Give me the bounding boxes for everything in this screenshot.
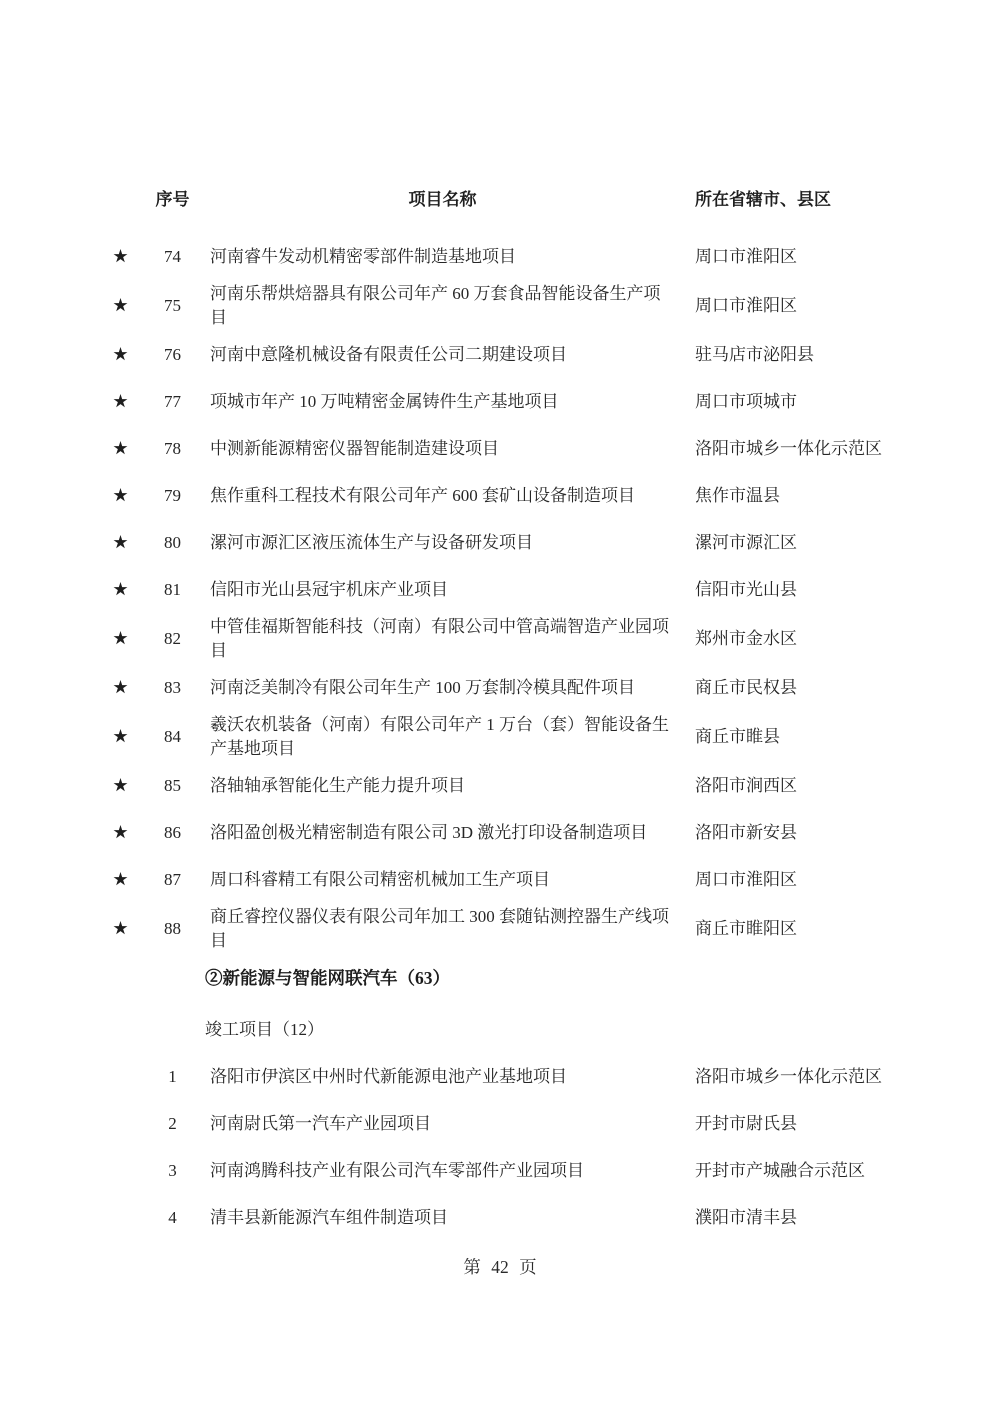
- row-index: 83: [150, 676, 195, 700]
- row-location: 洛阳市城乡一体化示范区: [695, 1065, 910, 1089]
- section-heading: ②新能源与智能网联汽车（63）: [205, 966, 910, 990]
- table-row: ★76河南中意隆机械设备有限责任公司二期建设项目驻马店市泌阳县: [110, 343, 910, 367]
- star-icon: ★: [110, 868, 150, 892]
- table-row: ★74河南睿牛发动机精密零部件制造基地项目周口市淮阳区: [110, 245, 910, 269]
- star-icon: ★: [110, 774, 150, 798]
- row-project-name: 中测新能源精密仪器智能制造建设项目: [195, 437, 695, 461]
- star-icon: ★: [110, 725, 150, 749]
- row-index: 1: [150, 1065, 195, 1089]
- row-project-name: 河南中意隆机械设备有限责任公司二期建设项目: [195, 343, 695, 367]
- star-icon: ★: [110, 294, 150, 318]
- table-row: ★75河南乐帮烘焙器具有限公司年产 60 万套食品智能设备生产项目周口市淮阳区: [110, 282, 910, 330]
- row-project-name: 信阳市光山县冠宇机床产业项目: [195, 578, 695, 602]
- row-index: 88: [150, 917, 195, 941]
- row-index: 75: [150, 294, 195, 318]
- document-page: 序号 项目名称 所在省辖市、县区 ★74河南睿牛发动机精密零部件制造基地项目周口…: [0, 0, 1000, 1414]
- row-index: 81: [150, 578, 195, 602]
- table-header: 序号 项目名称 所在省辖市、县区: [110, 188, 910, 212]
- row-index: 79: [150, 484, 195, 508]
- row-index: 87: [150, 868, 195, 892]
- row-index: 84: [150, 725, 195, 749]
- row-project-name: 周口科睿精工有限公司精密机械加工生产项目: [195, 868, 695, 892]
- row-project-name: 中管佳福斯智能科技（河南）有限公司中管高端智造产业园项目: [195, 615, 695, 663]
- row-project-name: 河南睿牛发动机精密零部件制造基地项目: [195, 245, 695, 269]
- row-location: 信阳市光山县: [695, 578, 910, 602]
- row-project-name: 洛阳市伊滨区中州时代新能源电池产业基地项目: [195, 1065, 695, 1089]
- row-location: 濮阳市清丰县: [695, 1206, 910, 1230]
- star-icon: ★: [110, 390, 150, 414]
- table-row: ★82中管佳福斯智能科技（河南）有限公司中管高端智造产业园项目郑州市金水区: [110, 615, 910, 663]
- row-index: 85: [150, 774, 195, 798]
- star-spacer: [110, 1171, 150, 1172]
- row-index: 82: [150, 627, 195, 651]
- star-icon: ★: [110, 676, 150, 700]
- column-header-project-name: 项目名称: [195, 188, 695, 212]
- star-icon: ★: [110, 484, 150, 508]
- row-location: 焦作市温县: [695, 484, 910, 508]
- row-location: 商丘市民权县: [695, 676, 910, 700]
- row-index: 4: [150, 1206, 195, 1230]
- table-row: ★87周口科睿精工有限公司精密机械加工生产项目周口市淮阳区: [110, 868, 910, 892]
- row-project-name: 漯河市源汇区液压流体生产与设备研发项目: [195, 531, 695, 555]
- column-header-location: 所在省辖市、县区: [695, 188, 910, 212]
- row-index: 78: [150, 437, 195, 461]
- table-row: ★77项城市年产 10 万吨精密金属铸件生产基地项目周口市项城市: [110, 390, 910, 414]
- row-index: 2: [150, 1112, 195, 1136]
- row-index: 76: [150, 343, 195, 367]
- row-location: 洛阳市城乡一体化示范区: [695, 437, 910, 461]
- row-location: 洛阳市涧西区: [695, 774, 910, 798]
- row-project-name: 河南鸿腾科技产业有限公司汽车零部件产业园项目: [195, 1159, 695, 1183]
- table-row: ★84羲沃农机装备（河南）有限公司年产 1 万台（套）智能设备生产基地项目商丘市…: [110, 713, 910, 761]
- star-icon: ★: [110, 627, 150, 651]
- row-location: 驻马店市泌阳县: [695, 343, 910, 367]
- row-location: 洛阳市新安县: [695, 821, 910, 845]
- column-header-index: 序号: [150, 188, 195, 212]
- star-icon: ★: [110, 821, 150, 845]
- row-location: 漯河市源汇区: [695, 531, 910, 555]
- completed-rows-group: 1洛阳市伊滨区中州时代新能源电池产业基地项目洛阳市城乡一体化示范区2河南尉氏第一…: [110, 1065, 910, 1230]
- row-project-name: 洛轴轴承智能化生产能力提升项目: [195, 774, 695, 798]
- row-project-name: 洛阳盈创极光精密制造有限公司 3D 激光打印设备制造项目: [195, 821, 695, 845]
- table-row: ★85洛轴轴承智能化生产能力提升项目洛阳市涧西区: [110, 774, 910, 798]
- star-spacer: [110, 1124, 150, 1125]
- table-row: ★78中测新能源精密仪器智能制造建设项目洛阳市城乡一体化示范区: [110, 437, 910, 461]
- row-project-name: 项城市年产 10 万吨精密金属铸件生产基地项目: [195, 390, 695, 414]
- header-star-spacer: [110, 200, 150, 201]
- star-spacer: [110, 1077, 150, 1078]
- star-icon: ★: [110, 578, 150, 602]
- star-icon: ★: [110, 917, 150, 941]
- row-index: 3: [150, 1159, 195, 1183]
- page-footer: 第 42 页: [110, 1255, 890, 1279]
- row-location: 商丘市睢县: [695, 725, 910, 749]
- row-project-name: 焦作重科工程技术有限公司年产 600 套矿山设备制造项目: [195, 484, 695, 508]
- table-row: ★80漯河市源汇区液压流体生产与设备研发项目漯河市源汇区: [110, 531, 910, 555]
- row-location: 开封市产城融合示范区: [695, 1159, 910, 1183]
- star-icon: ★: [110, 531, 150, 555]
- row-project-name: 河南泛美制冷有限公司年生产 100 万套制冷模具配件项目: [195, 676, 695, 700]
- row-location: 开封市尉氏县: [695, 1112, 910, 1136]
- row-index: 80: [150, 531, 195, 555]
- document-content: 序号 项目名称 所在省辖市、县区 ★74河南睿牛发动机精密零部件制造基地项目周口…: [110, 188, 910, 1279]
- row-project-name: 清丰县新能源汽车组件制造项目: [195, 1206, 695, 1230]
- row-project-name: 商丘睿控仪器仪表有限公司年加工 300 套随钻测控器生产线项目: [195, 905, 695, 953]
- table-row: 3河南鸿腾科技产业有限公司汽车零部件产业园项目开封市产城融合示范区: [110, 1159, 910, 1183]
- starred-rows-group: ★74河南睿牛发动机精密零部件制造基地项目周口市淮阳区★75河南乐帮烘焙器具有限…: [110, 245, 910, 953]
- row-location: 周口市淮阳区: [695, 868, 910, 892]
- star-icon: ★: [110, 437, 150, 461]
- row-index: 77: [150, 390, 195, 414]
- row-location: 周口市淮阳区: [695, 294, 910, 318]
- row-location: 郑州市金水区: [695, 627, 910, 651]
- row-project-name: 河南乐帮烘焙器具有限公司年产 60 万套食品智能设备生产项目: [195, 282, 695, 330]
- row-location: 商丘市睢阳区: [695, 917, 910, 941]
- star-icon: ★: [110, 245, 150, 269]
- row-index: 74: [150, 245, 195, 269]
- table-row: 1洛阳市伊滨区中州时代新能源电池产业基地项目洛阳市城乡一体化示范区: [110, 1065, 910, 1089]
- table-row: ★83河南泛美制冷有限公司年生产 100 万套制冷模具配件项目商丘市民权县: [110, 676, 910, 700]
- table-row: ★86洛阳盈创极光精密制造有限公司 3D 激光打印设备制造项目洛阳市新安县: [110, 821, 910, 845]
- table-row: 4清丰县新能源汽车组件制造项目濮阳市清丰县: [110, 1206, 910, 1230]
- table-row: ★88商丘睿控仪器仪表有限公司年加工 300 套随钻测控器生产线项目商丘市睢阳区: [110, 905, 910, 953]
- star-icon: ★: [110, 343, 150, 367]
- row-project-name: 羲沃农机装备（河南）有限公司年产 1 万台（套）智能设备生产基地项目: [195, 713, 695, 761]
- row-project-name: 河南尉氏第一汽车产业园项目: [195, 1112, 695, 1136]
- star-spacer: [110, 1218, 150, 1219]
- table-row: ★79焦作重科工程技术有限公司年产 600 套矿山设备制造项目焦作市温县: [110, 484, 910, 508]
- subsection-label: 竣工项目（12）: [205, 1018, 910, 1042]
- row-index: 86: [150, 821, 195, 845]
- table-row: ★81信阳市光山县冠宇机床产业项目信阳市光山县: [110, 578, 910, 602]
- table-row: 2河南尉氏第一汽车产业园项目开封市尉氏县: [110, 1112, 910, 1136]
- row-location: 周口市项城市: [695, 390, 910, 414]
- row-location: 周口市淮阳区: [695, 245, 910, 269]
